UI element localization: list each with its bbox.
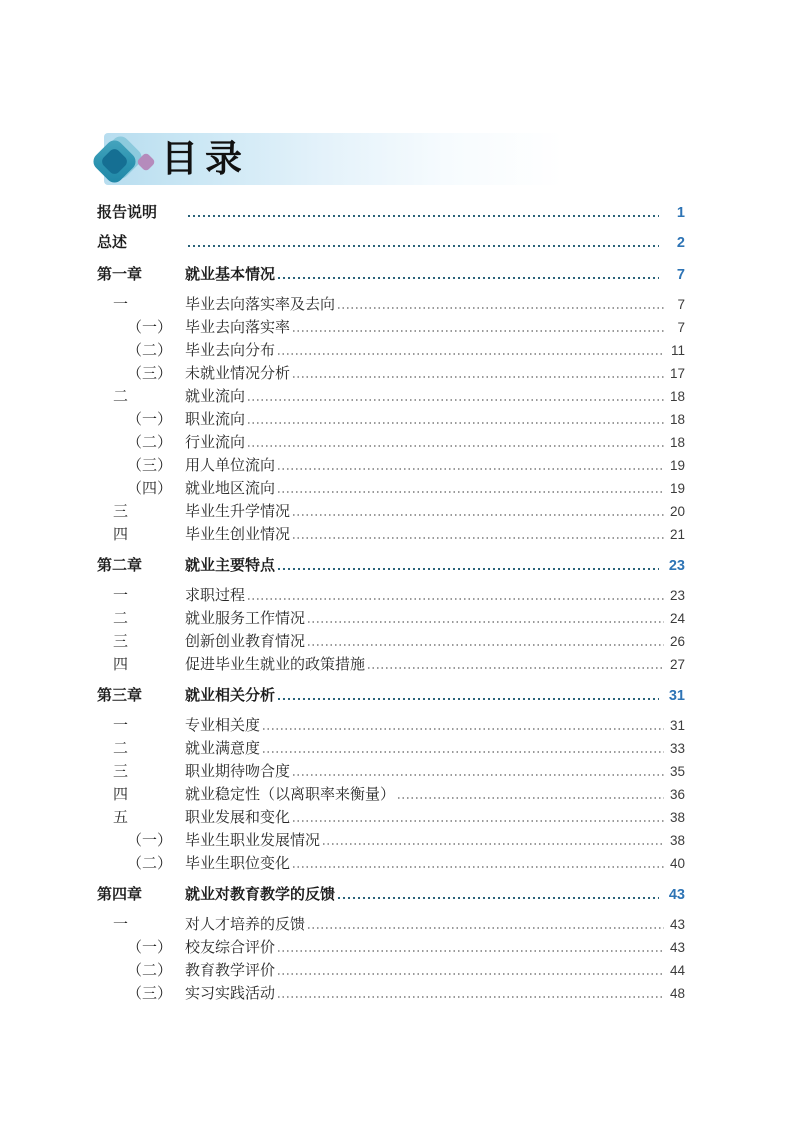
entry-page-number: 35 — [667, 760, 685, 783]
toc-entry: 五 职业发展和变化 38 — [97, 806, 685, 829]
entry-page-number: 19 — [667, 454, 685, 477]
toc-entry: （二） 行业流向 18 — [97, 431, 685, 454]
entry-title: 未就业情况分析 — [185, 363, 290, 386]
entry-page-number: 1 — [667, 202, 685, 225]
entry-page-number: 7 — [667, 293, 685, 316]
entry-page-number: 27 — [667, 653, 685, 676]
leader-dots — [293, 514, 664, 516]
entry-title: 行业流向 — [185, 432, 245, 455]
entry-title: 就业满意度 — [185, 738, 260, 761]
entry-page-number: 17 — [667, 362, 685, 385]
entry-label: 一 — [97, 294, 185, 317]
entry-label: （三） — [97, 363, 185, 386]
toc-entry: 一 对人才培养的反馈 43 — [97, 913, 685, 936]
leader-dots — [293, 774, 664, 776]
entry-label: 第三章 — [97, 685, 185, 708]
entry-label: （一） — [97, 937, 185, 960]
entry-page-number: 44 — [667, 959, 685, 982]
entry-title: 对人才培养的反馈 — [185, 914, 305, 937]
leader-dots — [248, 399, 664, 401]
entry-label: 二 — [97, 738, 185, 761]
toc-entry: （一） 毕业去向落实率 7 — [97, 316, 685, 339]
entry-title: 职业发展和变化 — [185, 807, 290, 830]
entry-label: 第二章 — [97, 555, 185, 578]
entry-page-number: 40 — [667, 852, 685, 875]
toc-entry: 第二章 就业主要特点 23 — [97, 555, 685, 578]
entry-title: 实习实践活动 — [185, 983, 275, 1006]
entry-page-number: 18 — [667, 385, 685, 408]
toc-entry: 报告说明 1 — [97, 202, 685, 225]
leader-dots — [188, 245, 659, 248]
leader-dots — [293, 537, 664, 539]
toc-entry: 二 就业流向 18 — [97, 385, 685, 408]
entry-title: 专业相关度 — [185, 715, 260, 738]
entry-title: 就业地区流向 — [185, 478, 275, 501]
entry-title: 毕业生职位变化 — [185, 853, 290, 876]
toc-entry: （三） 未就业情况分析 17 — [97, 362, 685, 385]
entry-title: 促进毕业生就业的政策措施 — [185, 654, 365, 677]
entry-title: 毕业去向分布 — [185, 340, 275, 363]
entry-label: 二 — [97, 386, 185, 409]
entry-title: 就业稳定性（以离职率来衡量） — [185, 784, 395, 807]
entry-page-number: 23 — [667, 584, 685, 607]
toc-entry: 四 促进毕业生就业的政策措施 27 — [97, 653, 685, 676]
entry-title: 创新创业教育情况 — [185, 631, 305, 654]
entry-label: 四 — [97, 524, 185, 547]
toc-entry: 总述 2 — [97, 232, 685, 255]
entry-title: 毕业生职业发展情况 — [185, 830, 320, 853]
leader-dots — [293, 820, 664, 822]
entry-page-number: 18 — [667, 431, 685, 454]
leader-dots — [308, 927, 664, 929]
entry-page-number: 31 — [667, 685, 685, 708]
leader-dots — [368, 667, 664, 669]
entry-label: 四 — [97, 784, 185, 807]
document-page: { "header": { "title": "目录" }, "colors":… — [0, 0, 799, 1131]
leader-dots — [308, 644, 664, 646]
leader-dots — [248, 422, 664, 424]
leader-dots — [248, 598, 664, 600]
entry-label: 五 — [97, 807, 185, 830]
entry-page-number: 19 — [667, 477, 685, 500]
entry-page-number: 43 — [667, 936, 685, 959]
entry-title: 求职过程 — [185, 585, 245, 608]
entry-label: 四 — [97, 654, 185, 677]
leader-dots — [278, 568, 659, 571]
entry-page-number: 48 — [667, 982, 685, 1005]
entry-page-number: 43 — [667, 884, 685, 907]
entry-label: 三 — [97, 631, 185, 654]
entry-title: 用人单位流向 — [185, 455, 275, 478]
toc-entry: 二 就业服务工作情况 24 — [97, 607, 685, 630]
toc-entry: （二） 毕业生职位变化 40 — [97, 852, 685, 875]
entry-page-number: 38 — [667, 806, 685, 829]
entry-label: 三 — [97, 501, 185, 524]
entry-label: （一） — [97, 317, 185, 340]
entry-label: 第四章 — [97, 884, 185, 907]
entry-title: 职业期待吻合度 — [185, 761, 290, 784]
leader-dots — [278, 950, 664, 952]
entry-title: 就业流向 — [185, 386, 245, 409]
toc-entry: （一） 校友综合评价 43 — [97, 936, 685, 959]
toc-entry: （一） 毕业生职业发展情况 38 — [97, 829, 685, 852]
toc-entry: 第一章 就业基本情况 7 — [97, 264, 685, 287]
toc-header: 目录 — [0, 0, 799, 200]
entry-label: （二） — [97, 960, 185, 983]
leader-dots — [278, 996, 664, 998]
entry-page-number: 31 — [667, 714, 685, 737]
toc-entry: 一 求职过程 23 — [97, 584, 685, 607]
entry-title: 就业相关分析 — [185, 685, 275, 708]
toc-entry: 四 毕业生创业情况 21 — [97, 523, 685, 546]
entry-label: （二） — [97, 432, 185, 455]
toc-entry: （三） 用人单位流向 19 — [97, 454, 685, 477]
leader-dots — [278, 491, 664, 493]
toc-entry: 第三章 就业相关分析 31 — [97, 685, 685, 708]
entry-label: 三 — [97, 761, 185, 784]
toc-list: 报告说明 1 总述 2 第一章 就业基本情况 7 一 毕业去向落实率及去向 7 … — [97, 202, 685, 1005]
leader-dots — [278, 277, 659, 280]
toc-entry: 三 创新创业教育情况 26 — [97, 630, 685, 653]
entry-page-number: 20 — [667, 500, 685, 523]
entry-title: 毕业生创业情况 — [185, 524, 290, 547]
toc-entry: 一 专业相关度 31 — [97, 714, 685, 737]
entry-page-number: 36 — [667, 783, 685, 806]
entry-label: （一） — [97, 409, 185, 432]
entry-page-number: 26 — [667, 630, 685, 653]
entry-page-number: 43 — [667, 913, 685, 936]
entry-title: 职业流向 — [185, 409, 245, 432]
toc-entry: 四 就业稳定性（以离职率来衡量） 36 — [97, 783, 685, 806]
entry-page-number: 24 — [667, 607, 685, 630]
leader-dots — [308, 621, 664, 623]
entry-label: 一 — [97, 914, 185, 937]
entry-page-number: 18 — [667, 408, 685, 431]
leader-dots — [293, 866, 664, 868]
entry-page-number: 7 — [667, 316, 685, 339]
leader-dots — [278, 698, 659, 701]
leader-dots — [278, 468, 664, 470]
entry-label: （三） — [97, 455, 185, 478]
entry-title: 就业服务工作情况 — [185, 608, 305, 631]
entry-label: 报告说明 — [97, 202, 185, 225]
entry-title: 教育教学评价 — [185, 960, 275, 983]
toc-entry: 三 毕业生升学情况 20 — [97, 500, 685, 523]
toc-entry: （一） 职业流向 18 — [97, 408, 685, 431]
entry-page-number: 23 — [667, 555, 685, 578]
entry-page-number: 33 — [667, 737, 685, 760]
toc-entry: 二 就业满意度 33 — [97, 737, 685, 760]
entry-label: （二） — [97, 853, 185, 876]
leader-dots — [278, 973, 664, 975]
entry-label: 一 — [97, 585, 185, 608]
entry-label: （四） — [97, 478, 185, 501]
entry-label: 二 — [97, 608, 185, 631]
toc-entry: 第四章 就业对教育教学的反馈 43 — [97, 884, 685, 907]
leader-dots — [278, 353, 664, 355]
leader-dots — [263, 728, 664, 730]
leader-dots — [323, 843, 664, 845]
entry-page-number: 11 — [667, 339, 685, 362]
page-title: 目录 — [161, 138, 249, 182]
entry-page-number: 2 — [667, 232, 685, 255]
entry-title: 校友综合评价 — [185, 937, 275, 960]
entry-page-number: 21 — [667, 523, 685, 546]
leader-dots — [293, 376, 664, 378]
entry-title: 就业对教育教学的反馈 — [185, 884, 335, 907]
toc-entry: （二） 毕业去向分布 11 — [97, 339, 685, 362]
toc-entry: （四） 就业地区流向 19 — [97, 477, 685, 500]
leader-dots — [398, 797, 664, 799]
toc-entry: 一 毕业去向落实率及去向 7 — [97, 293, 685, 316]
entry-title: 毕业生升学情况 — [185, 501, 290, 524]
entry-title: 毕业去向落实率 — [185, 317, 290, 340]
entry-title: 就业主要特点 — [185, 555, 275, 578]
leader-dots — [293, 330, 664, 332]
entry-title: 毕业去向落实率及去向 — [185, 294, 335, 317]
entry-label: 总述 — [97, 232, 185, 255]
entry-label: （二） — [97, 340, 185, 363]
entry-page-number: 38 — [667, 829, 685, 852]
leader-dots — [338, 307, 664, 309]
entry-label: 第一章 — [97, 264, 185, 287]
entry-label: （三） — [97, 983, 185, 1006]
leader-dots — [248, 445, 664, 447]
leader-dots — [338, 897, 659, 900]
entry-title: 就业基本情况 — [185, 264, 275, 287]
entry-label: （一） — [97, 830, 185, 853]
leader-dots — [263, 751, 664, 753]
toc-entry: （三） 实习实践活动 48 — [97, 982, 685, 1005]
entry-label: 一 — [97, 715, 185, 738]
toc-entry: （二） 教育教学评价 44 — [97, 959, 685, 982]
leader-dots — [188, 215, 659, 218]
entry-page-number: 7 — [667, 264, 685, 287]
toc-entry: 三 职业期待吻合度 35 — [97, 760, 685, 783]
